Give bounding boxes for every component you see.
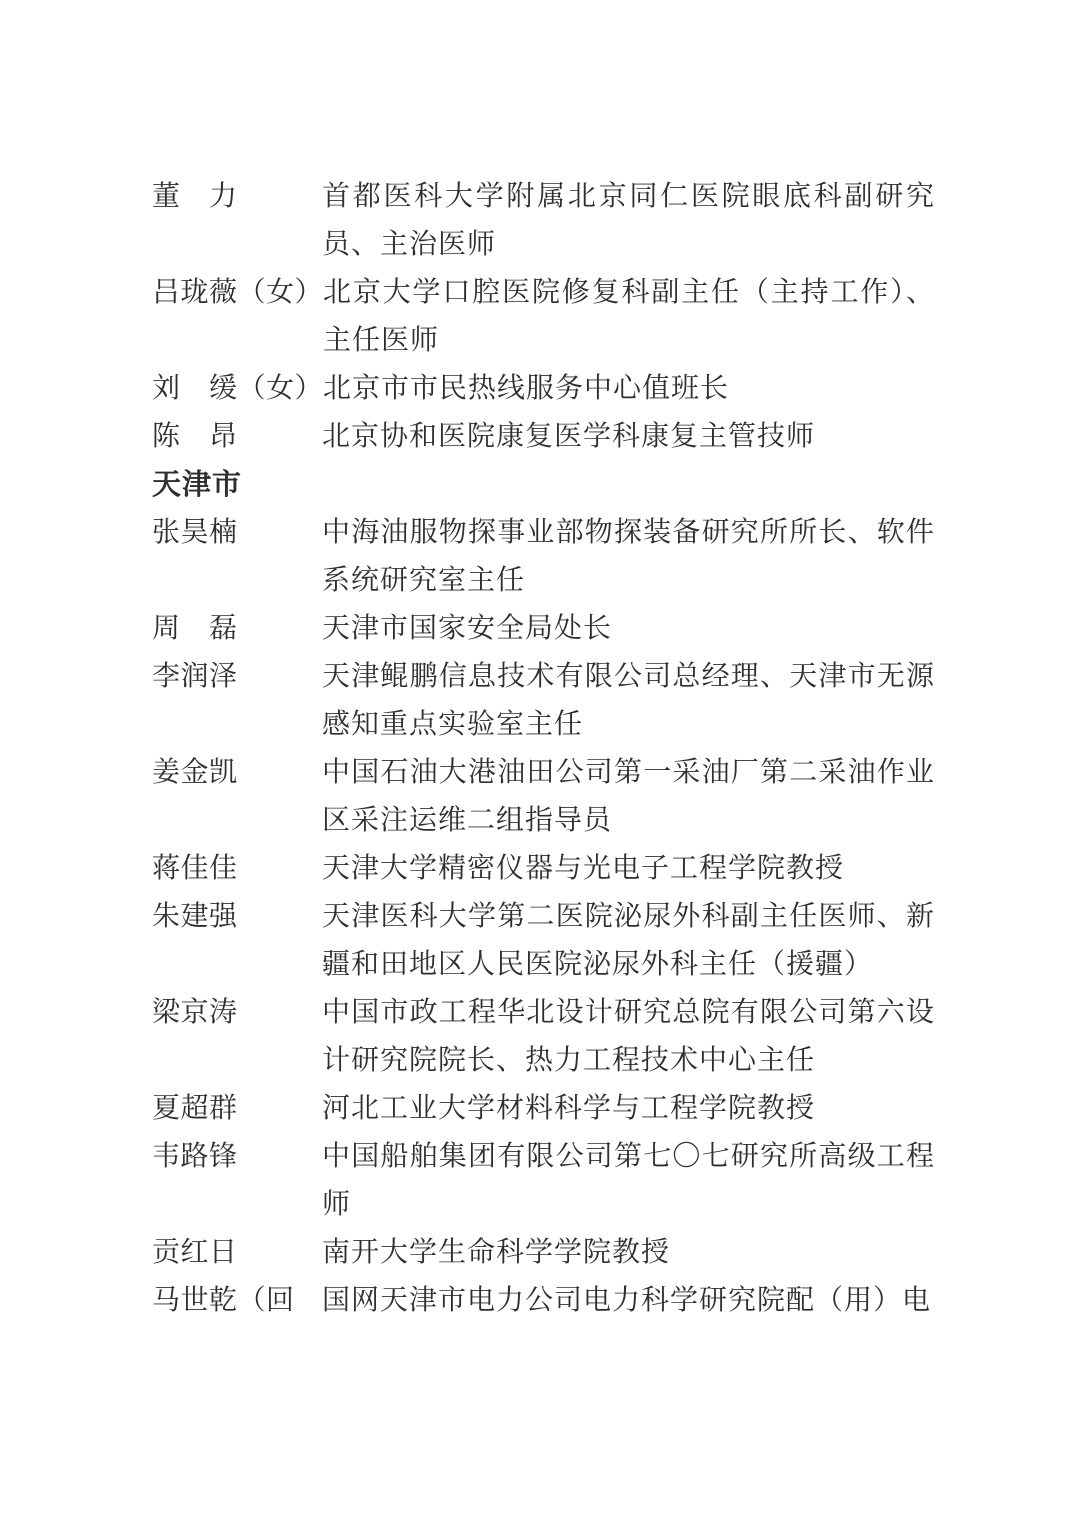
document-page: 董 力 首都医科大学附属北京同仁医院眼底科副研究员、主治医师 吕珑薇（女） 北京… [0, 0, 1080, 1529]
person-name: 蒋佳佳 [152, 845, 322, 893]
list-item: 蒋佳佳 天津大学精密仪器与光电子工程学院教授 [152, 845, 935, 893]
person-name: 夏超群 [152, 1085, 322, 1133]
person-title: 国网天津市电力公司电力科学研究院配（用）电 [322, 1277, 935, 1325]
section-header: 天津市 [152, 461, 935, 509]
list-item: 夏超群 河北工业大学材料科学与工程学院教授 [152, 1085, 935, 1133]
list-item: 吕珑薇（女） 北京大学口腔医院修复科副主任（主持工作）、主任医师 [152, 269, 935, 365]
person-title: 北京协和医院康复医学科康复主管技师 [322, 413, 935, 461]
list-item: 朱建强 天津医科大学第二医院泌尿外科副主任医师、新疆和田地区人民医院泌尿外科主任… [152, 893, 935, 989]
awards-list: 董 力 首都医科大学附属北京同仁医院眼底科副研究员、主治医师 吕珑薇（女） 北京… [152, 173, 935, 1325]
person-title: 南开大学生命科学学院教授 [322, 1229, 935, 1277]
list-item: 张昊楠 中海油服物探事业部物探装备研究所所长、软件系统研究室主任 [152, 509, 935, 605]
person-name: 董 力 [152, 173, 322, 221]
list-item: 贡红日 南开大学生命科学学院教授 [152, 1229, 935, 1277]
person-title: 中国船舶集团有限公司第七〇七研究所高级工程师 [322, 1133, 935, 1229]
person-title: 中国市政工程华北设计研究总院有限公司第六设计研究院院长、热力工程技术中心主任 [322, 989, 935, 1085]
person-title: 中海油服物探事业部物探装备研究所所长、软件系统研究室主任 [322, 509, 935, 605]
list-item: 李润泽 天津鲲鹏信息技术有限公司总经理、天津市无源感知重点实验室主任 [152, 653, 935, 749]
person-name: 朱建强 [152, 893, 322, 941]
person-name: 张昊楠 [152, 509, 322, 557]
section-header-text: 天津市 [152, 461, 242, 509]
list-item: 梁京涛 中国市政工程华北设计研究总院有限公司第六设计研究院院长、热力工程技术中心… [152, 989, 935, 1085]
person-name: 梁京涛 [152, 989, 322, 1037]
person-title: 天津市国家安全局处长 [322, 605, 935, 653]
list-item: 刘 缓（女） 北京市市民热线服务中心值班长 [152, 365, 935, 413]
list-item: 姜金凯 中国石油大港油田公司第一采油厂第二采油作业区采注运维二组指导员 [152, 749, 935, 845]
person-name: 周 磊 [152, 605, 322, 653]
list-item: 马世乾（回 国网天津市电力公司电力科学研究院配（用）电 [152, 1277, 935, 1325]
person-name: 陈 昂 [152, 413, 322, 461]
person-title: 天津鲲鹏信息技术有限公司总经理、天津市无源感知重点实验室主任 [322, 653, 935, 749]
person-name: 姜金凯 [152, 749, 322, 797]
person-title: 天津医科大学第二医院泌尿外科副主任医师、新疆和田地区人民医院泌尿外科主任（援疆） [322, 893, 935, 989]
person-title: 首都医科大学附属北京同仁医院眼底科副研究员、主治医师 [322, 173, 935, 269]
person-title: 河北工业大学材料科学与工程学院教授 [322, 1085, 935, 1133]
list-item: 韦路锋 中国船舶集团有限公司第七〇七研究所高级工程师 [152, 1133, 935, 1229]
list-item: 陈 昂 北京协和医院康复医学科康复主管技师 [152, 413, 935, 461]
person-title: 中国石油大港油田公司第一采油厂第二采油作业区采注运维二组指导员 [322, 749, 935, 845]
person-name: 李润泽 [152, 653, 322, 701]
person-title: 天津大学精密仪器与光电子工程学院教授 [322, 845, 935, 893]
person-name: 刘 缓（女） [152, 365, 323, 413]
list-item: 周 磊 天津市国家安全局处长 [152, 605, 935, 653]
person-title: 北京市市民热线服务中心值班长 [323, 365, 935, 413]
person-title: 北京大学口腔医院修复科副主任（主持工作）、主任医师 [323, 269, 935, 365]
person-name: 贡红日 [152, 1229, 322, 1277]
list-item: 董 力 首都医科大学附属北京同仁医院眼底科副研究员、主治医师 [152, 173, 935, 269]
person-name: 马世乾（回 [152, 1277, 322, 1325]
person-name: 吕珑薇（女） [152, 269, 323, 317]
person-name: 韦路锋 [152, 1133, 322, 1181]
